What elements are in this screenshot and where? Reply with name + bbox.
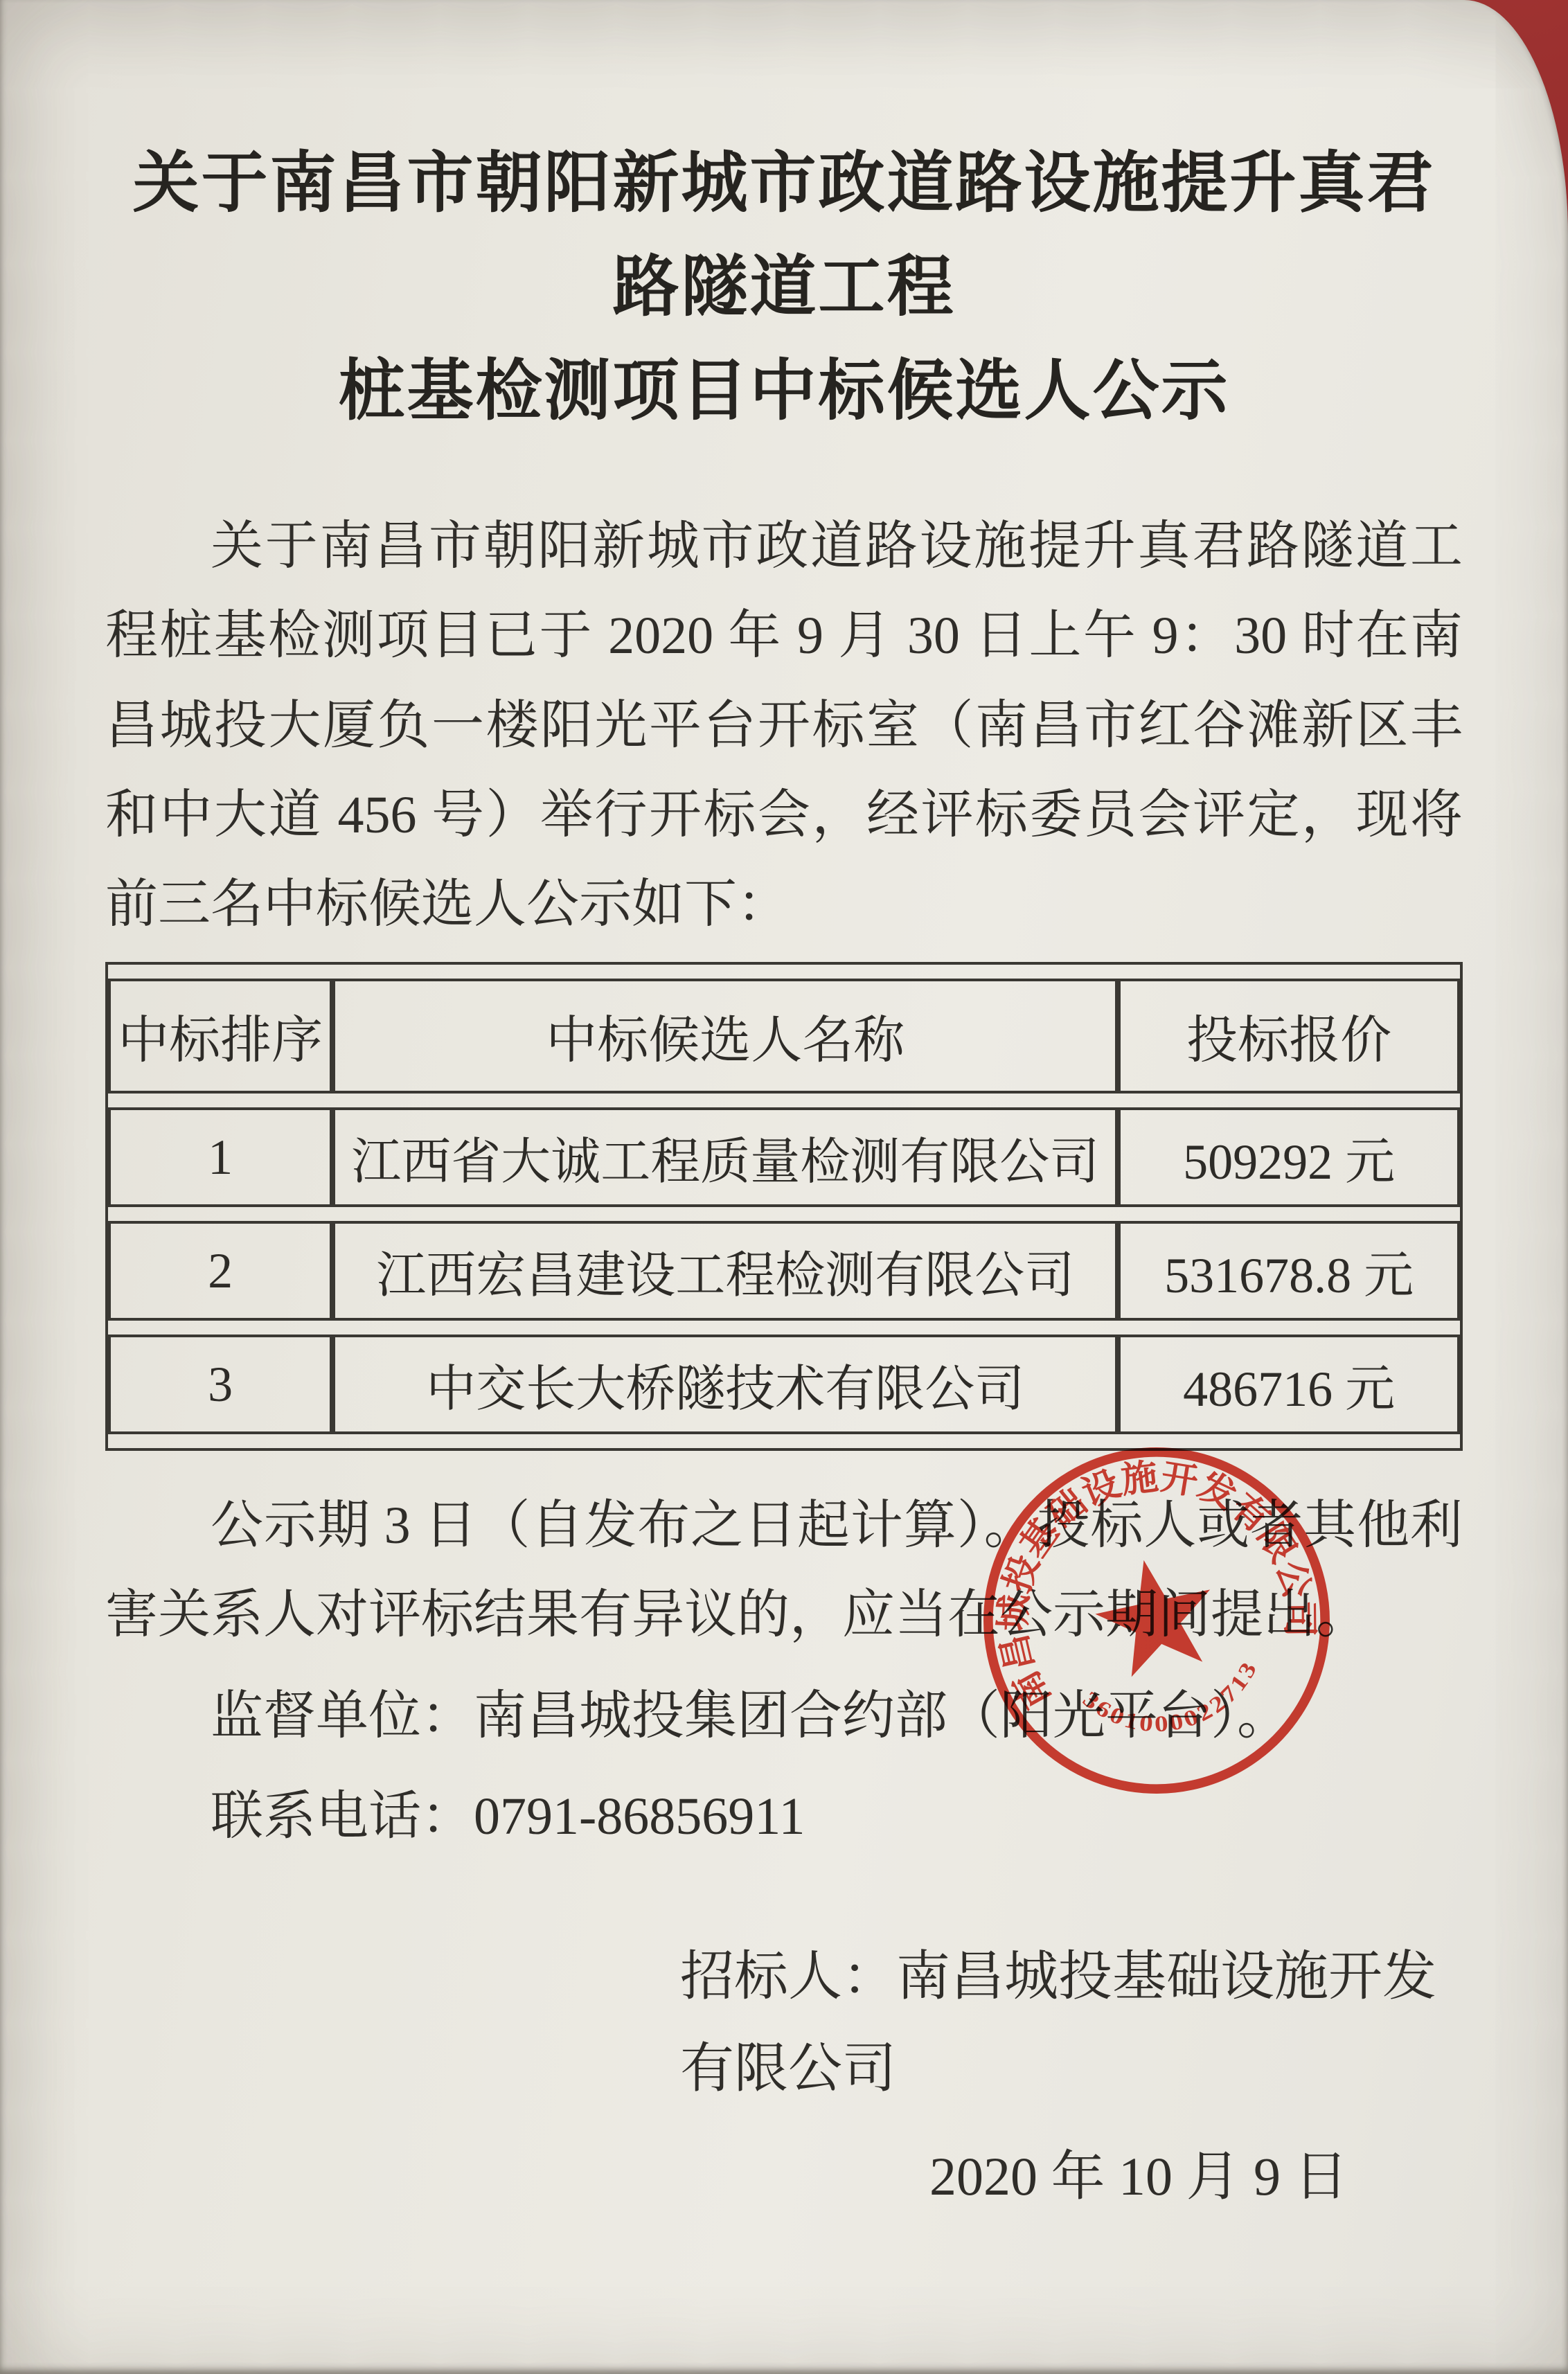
table-header-row: 中标排序 中标候选人名称 投标报价	[108, 979, 1460, 1094]
scanned-photo: 关于南昌市朝阳新城市政道路设施提升真君路隧道工程 桩基检测项目中标候选人公示 关…	[0, 0, 1568, 2374]
bid-candidates-table: 中标排序 中标候选人名称 投标报价 1 江西省大诚工程质量检测有限公司 5092…	[105, 962, 1463, 1451]
table-row: 1 江西省大诚工程质量检测有限公司 509292 元	[108, 1107, 1460, 1207]
document-title-line1: 关于南昌市朝阳新城市政道路设施提升真君路隧道工程	[105, 132, 1463, 339]
document-page: 关于南昌市朝阳新城市政道路设施提升真君路隧道工程 桩基检测项目中标候选人公示 关…	[0, 0, 1568, 2374]
issue-date-line: 2020 年 10 月 9 日	[105, 2131, 1463, 2223]
rank-cell: 3	[108, 1335, 332, 1434]
intro-paragraph: 关于南昌市朝阳新城市政道路设施提升真君路隧道工程桩基检测项目已于 2020 年 …	[105, 502, 1463, 949]
candidate-name-cell: 江西宏昌建设工程检测有限公司	[332, 1221, 1118, 1321]
document-title-line2: 桩基检测项目中标候选人公示	[105, 339, 1463, 443]
candidate-name-cell: 江西省大诚工程质量检测有限公司	[332, 1107, 1118, 1207]
bid-price-cell: 531678.8 元	[1118, 1221, 1460, 1321]
svg-text:3601000022713: 3601000022713	[1074, 1652, 1273, 1754]
table-header-candidate-name: 中标候选人名称	[332, 979, 1118, 1094]
table-header-rank: 中标排序	[108, 979, 332, 1094]
table-header-bid-price: 投标报价	[1118, 979, 1460, 1094]
table-row: 2 江西宏昌建设工程检测有限公司 531678.8 元	[108, 1221, 1460, 1321]
seal-code-text: 3601000022713	[1074, 1652, 1273, 1754]
document-title: 关于南昌市朝阳新城市政道路设施提升真君路隧道工程 桩基检测项目中标候选人公示	[105, 132, 1463, 443]
contact-phone-line: 联系电话：0791-86856911	[105, 1772, 1463, 1862]
seal-star-icon	[1087, 1548, 1224, 1681]
tenderer-line: 招标人：南昌城投基础设施开发有限公司	[105, 1931, 1463, 2114]
official-seal: 南昌城投基础设施开发有限公司 3601000022713	[941, 1405, 1371, 1835]
rank-cell: 1	[108, 1107, 332, 1207]
rank-cell: 2	[108, 1221, 332, 1321]
bid-price-cell: 509292 元	[1118, 1107, 1460, 1207]
candidate-name-cell: 中交长大桥隧技术有限公司	[332, 1335, 1118, 1434]
